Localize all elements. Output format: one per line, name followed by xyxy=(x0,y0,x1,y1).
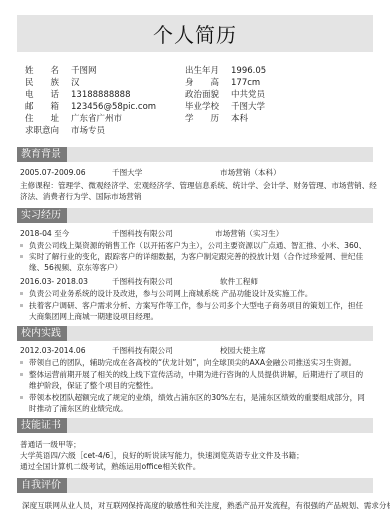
section-title: 技能证书 xyxy=(17,418,67,433)
edu-courses-line2: 济法、消费者行为学、国际市场营销 xyxy=(20,191,142,202)
section-internship-header: 实习经历 xyxy=(17,208,373,223)
info-degree: 学 历本科 xyxy=(185,113,248,125)
info-phone: 电 话13188888888 xyxy=(25,89,131,101)
section-education-header: 教育背景 xyxy=(17,147,373,162)
info-height: 身 高177cm xyxy=(185,77,260,89)
intern-2-org: 千图科技有限公司 xyxy=(112,276,173,287)
edu-date: 2005.07-2009.06 xyxy=(20,167,86,178)
section-campus-header: 校内实践 xyxy=(17,326,373,341)
section-title: 实习经历 xyxy=(17,208,67,223)
intern-1-bullet: 负责公司线上渠资源的销售工作（以开拓客户为主），公司主要资源以广点通、智汇推、小… xyxy=(20,240,370,251)
info-ethnicity: 民 族汉 xyxy=(25,77,80,89)
intern-2-bullet: 负责公司业务系统的设计及改进，参与公司网上商城系统 产品功能设计及实施工作。 xyxy=(20,288,370,299)
campus-org: 千图科技有限公司 xyxy=(112,345,173,356)
info-name: 姓 名千图网 xyxy=(25,65,97,77)
resume-title-bar: 个人简历 xyxy=(17,15,373,52)
info-email: 邮 箱123456@58pic.com xyxy=(25,101,156,113)
intern-1-bullet: 实时了解行业的变化，跟踪客户的详细数据，为客户制定跟完善的投放计划（合作过珍爱网… xyxy=(20,251,370,273)
bullet-icon xyxy=(20,396,23,399)
bullet-icon xyxy=(20,304,23,307)
bullet-icon xyxy=(20,255,23,258)
intern-1-date: 2018-04 至今 xyxy=(20,228,69,239)
edu-courses-line1: 主修课程：管理学、微观经济学、宏观经济学、管理信息系统、统计学、会计学、财务管理… xyxy=(20,180,377,191)
resume-title: 个人简历 xyxy=(153,19,237,48)
bullet-icon xyxy=(20,292,23,295)
edu-role: 市场营销（本科） xyxy=(220,167,281,178)
section-title: 自我评价 xyxy=(17,478,67,493)
section-self-eval-header: 自我评价 xyxy=(17,478,373,493)
campus-bullet: 带领本校团队超额完成了规定的业绩，绩效占浦东区的30%左右，是浦东区绩效的重要组… xyxy=(20,392,370,414)
campus-role: 校园大使主席 xyxy=(220,345,266,356)
intern-2-bullet: 扶着客户调研、客户需求分析、方案写作等工作，参与公司多个大型电子商务项目的策划工… xyxy=(20,300,370,322)
intern-1-role: 市场营销（实习生） xyxy=(215,228,283,239)
info-school: 毕业学校千图大学 xyxy=(185,101,265,113)
info-address: 住 址广东省广州市 xyxy=(25,113,122,125)
skill-line: 大学英语四/六级［cet-4/6］，良好的听说读写能力，快速浏览英语专业文件及书… xyxy=(20,450,304,461)
edu-org: 千图大学 xyxy=(112,167,142,178)
info-political: 政治面貌中共党员 xyxy=(185,89,265,101)
campus-bullet: 带领自己的团队，辅助完成在各高校的“伏龙计划”，向全球顶尖的AXA金融公司推送实… xyxy=(20,357,370,368)
skill-line: 通过全国计算机二级考试，熟练运用office相关软件。 xyxy=(20,461,200,472)
bullet-icon xyxy=(20,373,23,376)
info-job-intent: 求职意向市场专员 xyxy=(25,125,105,137)
campus-date: 2012.03-2014.06 xyxy=(20,345,86,356)
bullet-icon xyxy=(20,244,23,247)
section-title: 校内实践 xyxy=(17,326,67,341)
section-skills-header: 技能证书 xyxy=(17,418,373,433)
info-birth: 出生年月1996.05 xyxy=(185,65,266,77)
bullet-icon xyxy=(20,361,23,364)
section-title: 教育背景 xyxy=(17,147,67,162)
intern-2-date: 2016.03- 2018.03 xyxy=(20,276,88,287)
campus-bullet: 整体运营前期开展了相关的线上线下宣传活动，中期为进行咨询的人员提供讲解，后期进行… xyxy=(20,369,370,391)
self-eval-text: 深度互联网从业人员，对互联网保持高度的敏感性和关注度，熟悉产品开发流程，有很强的… xyxy=(22,500,390,511)
skill-line: 普通话一级甲等； xyxy=(20,439,81,450)
intern-2-role: 软件工程师 xyxy=(220,276,258,287)
intern-1-org: 千图科技有限公司 xyxy=(112,228,173,239)
